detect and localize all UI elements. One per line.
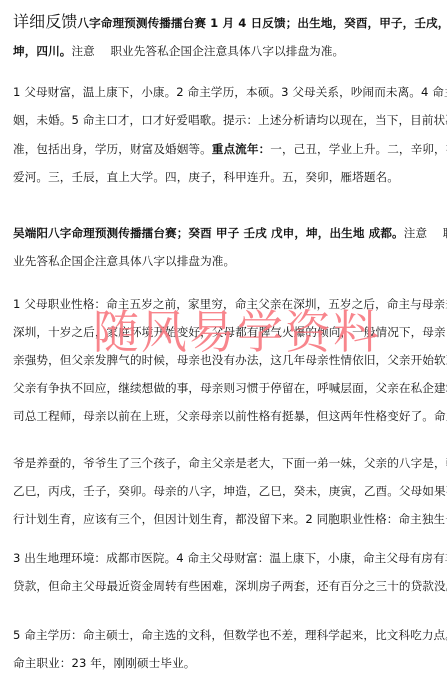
section2-body-line: 5 命主学历：命主硕士，命主选的文科，但数学也不差，理科学起来，比文科吃力点。6 (13, 627, 438, 643)
section2-body-line: 行计划生育，应该有三个，但因计划生育，都没留下来。2 同胞职业性格：命主独生子女… (13, 511, 438, 527)
section2-body-line: 爷是养蚕的，爷爷生了三个孩子，命主父亲是老大，下面一弟一妹，父亲的八字是，乾造， (13, 455, 438, 471)
section1-body-line: 姻，未婚。5 命主口才，口才好爱唱歌。提示：上述分析请均以现在，当下，目前状况为 (13, 112, 438, 128)
section1-body-text: 准，包括出身，学历，财富及婚姻等。 (13, 142, 212, 156)
section2-body-line: 司总工程师，母亲以前在上班，父亲母亲以前性格有挺暴，但这两年性格变好了。命主爷 (13, 408, 438, 424)
section2-body-line: 乙巳，丙戌，壬子，癸卯。母亲的八字，坤造，乙巳，癸未，庚寅，乙酉。父母如果不实 (13, 483, 438, 499)
section1-title-big: 详细反馈 (13, 12, 77, 31)
section2-body-line: 命主职业：23 年，刚刚硕士毕业。 (13, 655, 438, 671)
section2-note: 注意 职 (404, 226, 447, 240)
key-years-label: 重点流年： (212, 142, 270, 156)
section2-body-line: 父亲有争执不回应，继续想做的事，母亲则习惯于停留在，呼喊层面，父亲在私企建筑公 (13, 380, 438, 396)
section1-note: 注意 职业先答私企国企注意具体八字以排盘为准。 (71, 44, 344, 58)
section1-title-rest: 八字命理预测传播擂台赛 1 月 4 日反馈；出生地，癸酉，甲子，壬戌，戊申， (77, 16, 447, 30)
section2-body-line: 1 父母职业性格：命主五岁之前，家里穷，命主父亲在深圳，五岁之后，命主与母亲来到 (13, 296, 438, 312)
section2-body-line: 3 出生地理环境：成都市医院。4 命主父母财富：温上康下，小康，命主父母有房有车… (13, 550, 438, 566)
section1-body-text: 一，己丑，学业上升。二，辛卯，初游 (270, 142, 447, 156)
section2-body-line: 亲强势，但父亲发脾气的时候，母亲也没有办法，这几年母亲性情依旧，父亲开始软对抗， (13, 352, 438, 368)
section1-title-line2: 坤，四川。注意 职业先答私企国企注意具体八字以排盘为准。 (13, 43, 438, 59)
section2-body-line: 深圳，十岁之后，家庭环境开始变好，父母都有脾气火爆的倾向，一般情况下，母亲比父 (13, 324, 438, 340)
section1-body-line: 爱河。三，壬辰，直上大学。四，庚子，科甲连升。五，癸卯，雁塔题名。 (13, 169, 438, 185)
section2-title-line2: 业先答私企国企注意具体八字以排盘为准。 (13, 253, 438, 269)
document-page: 详细反馈八字命理预测传播擂台赛 1 月 4 日反馈；出生地，癸酉，甲子，壬戌，戊… (0, 0, 447, 674)
section1-body-line: 准，包括出身，学历，财富及婚姻等。重点流年：一，己丑，学业上升。二，辛卯，初游 (13, 141, 438, 157)
section1-title: 详细反馈八字命理预测传播擂台赛 1 月 4 日反馈；出生地，癸酉，甲子，壬戌，戊… (13, 14, 438, 31)
section2-body-line: 贷款，但命主父母最近资金周转有些困难，深圳房子两套，还有百分之三十的贷款没。 (13, 578, 438, 594)
section2-title-bold: 吴端阳八字命理预测传播擂台赛；癸酉 甲子 壬戌 戊申，坤，出生地 成都。 (13, 226, 404, 240)
section2-title: 吴端阳八字命理预测传播擂台赛；癸酉 甲子 壬戌 戊申，坤，出生地 成都。注意 职 (13, 225, 438, 241)
section1-body-line: 1 父母财富，温上康下，小康。2 命主学历，本硕。3 父母关系，吵闹而未离。4 … (13, 84, 438, 100)
section1-location: 坤，四川。 (13, 44, 71, 58)
